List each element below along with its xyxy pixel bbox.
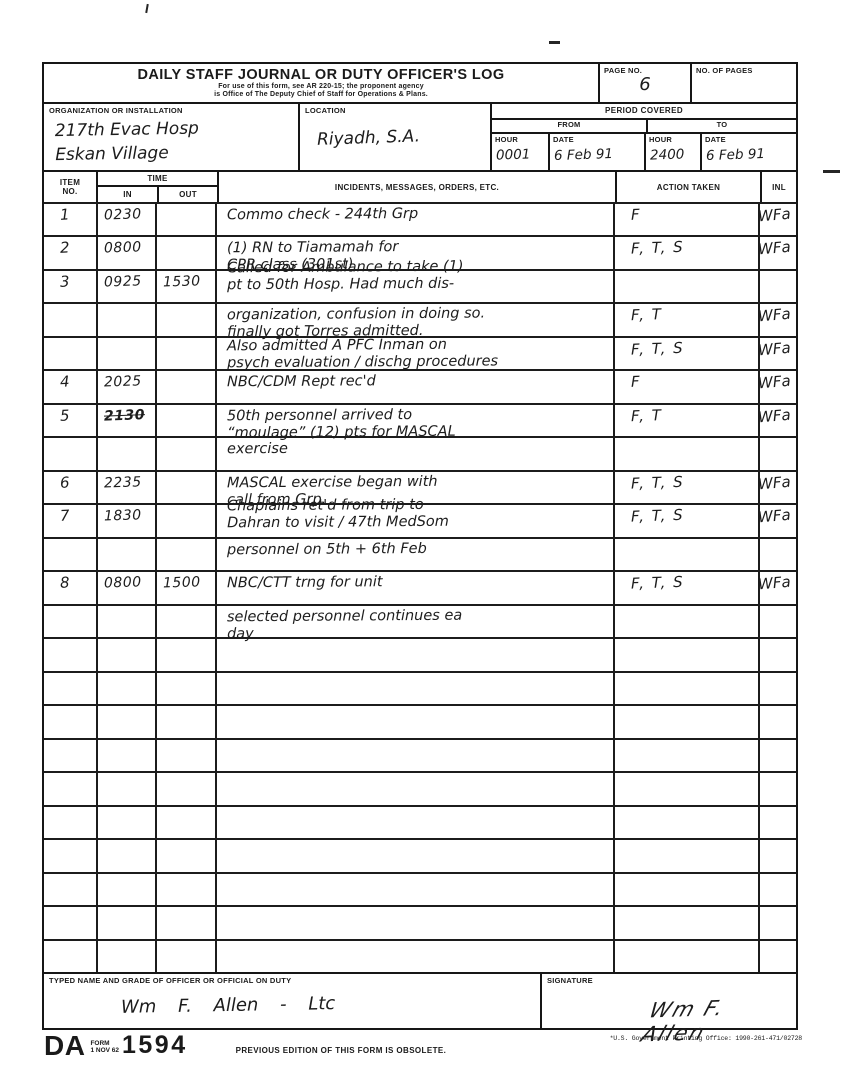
time-out-cell [155, 539, 215, 570]
typed-name-value: Wm F. Allen - Ltc [121, 993, 336, 1018]
action-taken-cell [613, 706, 758, 737]
initials-cell: WFa [758, 505, 796, 536]
log-row-1: 10230Commo check - 244th GrpFWFa [44, 202, 796, 235]
handwritten-incident-text: Also admitted A PFC Inman on psych evalu… [217, 336, 613, 372]
title-band: DAILY STAFF JOURNAL OR DUTY OFFICER'S LO… [44, 64, 796, 102]
to-hour-label: HOUR [649, 135, 697, 144]
incident-text-cell: exercise [215, 438, 613, 469]
item-no-cell [44, 706, 96, 737]
from-date-label: DATE [553, 135, 641, 144]
printing-office-note: *U.S. Government Printing Office: 1990-2… [610, 1035, 802, 1042]
initials-cell [758, 807, 796, 838]
incident-text-cell [215, 773, 613, 804]
log-row-13: selected personnel continues ea day [44, 604, 796, 637]
handwritten-time-in: 0800 [98, 575, 142, 593]
initials-cell [758, 840, 796, 871]
action-taken-cell [613, 773, 758, 804]
time-in-cell [96, 907, 155, 938]
action-taken-cell [613, 807, 758, 838]
log-row-6: 42025NBC/CDM Rept rec'dFWFa [44, 369, 796, 402]
time-out-cell [155, 438, 215, 469]
time-out-cell [155, 371, 215, 402]
time-in-cell [96, 941, 155, 972]
item-header-line2: NO. [62, 187, 77, 196]
incident-text-cell: selected personnel continues ea day [215, 606, 613, 637]
initials-cell [758, 874, 796, 905]
initials-cell: WFa [758, 204, 796, 235]
log-row-8: exercise [44, 436, 796, 469]
to-hour-value: 2400 [650, 146, 685, 163]
initials-cell [758, 606, 796, 637]
initials-cell [758, 773, 796, 804]
handwritten-time-in: 1830 [98, 508, 142, 526]
action-taken-cell: F, T, S [613, 237, 758, 268]
handwritten-incident-text: personnel on 5th + 6th Feb [217, 539, 613, 558]
location-box: LOCATION Riyadh, S.A. [298, 104, 490, 170]
location-value: Riyadh, S.A. [317, 124, 486, 150]
time-in-cell [96, 706, 155, 737]
form-edition: FORM 1 NOV 62 [90, 1040, 119, 1054]
handwritten-initials: WFa [757, 238, 791, 259]
time-in-cell: 0925 [96, 271, 155, 302]
handwritten-item-no: 1 [44, 205, 70, 224]
time-out-cell [155, 740, 215, 771]
initials-cell: WFa [758, 572, 796, 603]
time-in-cell: 1830 [96, 505, 155, 536]
log-row-7: 5213050th personnel arrived to “moulage”… [44, 403, 796, 436]
action-taken-cell [613, 639, 758, 670]
period-to-label: TO [646, 120, 796, 132]
time-out-cell [155, 405, 215, 436]
initials-cell [758, 438, 796, 469]
action-taken-cell: F, T, S [613, 472, 758, 503]
action-taken-cell: F, T [613, 304, 758, 335]
initials-cell [758, 639, 796, 670]
handwritten-time-in: 2235 [98, 474, 142, 492]
handwritten-action-taken: F, T, S [615, 573, 685, 593]
time-in-cell: 0800 [96, 237, 155, 268]
time-in-cell [96, 740, 155, 771]
da-form-1594: DAILY STAFF JOURNAL OR DUTY OFFICER'S LO… [42, 62, 798, 1030]
handwritten-item-no: 8 [44, 574, 70, 593]
handwritten-action-taken: F, T, S [615, 339, 685, 359]
log-row-3: 309251530Called for Ambulance to take (1… [44, 269, 796, 302]
time-out-cell [155, 907, 215, 938]
initials-cell [758, 271, 796, 302]
handwritten-action-taken: F, T [615, 406, 663, 426]
item-no-cell: 7 [44, 505, 96, 536]
time-out-cell [155, 807, 215, 838]
item-no-cell [44, 338, 96, 369]
time-out-header: OUT [157, 187, 217, 202]
from-date-box: DATE 6 Feb 91 [548, 134, 644, 170]
to-date-value: 6 Feb 91 [706, 146, 766, 164]
action-taken-cell [613, 874, 758, 905]
log-row-17 [44, 738, 796, 771]
initials-cell: WFa [758, 405, 796, 436]
incident-text-cell [215, 874, 613, 905]
handwritten-incident-text: selected personnel continues ea day [217, 606, 613, 642]
time-in-header: IN [98, 187, 157, 202]
item-no-cell [44, 941, 96, 972]
initials-cell: WFa [758, 304, 796, 335]
item-no-cell [44, 304, 96, 335]
period-covered-box: PERIOD COVERED FROM TO HOUR 0001 DATE 6 … [490, 104, 796, 170]
time-in-cell: 2130 [96, 405, 155, 436]
time-in-cell [96, 539, 155, 570]
inl-header: INL [760, 172, 796, 202]
time-in-cell [96, 807, 155, 838]
incident-text-cell [215, 807, 613, 838]
item-no-cell [44, 807, 96, 838]
time-in-cell: 2235 [96, 472, 155, 503]
time-in-cell: 2025 [96, 371, 155, 402]
handwritten-incident-text: Called for Ambulance to take (1) pt to 5… [217, 258, 613, 294]
typed-name-label: TYPED NAME AND GRADE OF OFFICER OR OFFIC… [49, 976, 535, 985]
incident-text-cell [215, 740, 613, 771]
handwritten-time-out: 1500 [157, 575, 201, 593]
action-taken-cell [613, 271, 758, 302]
handwritten-action-taken: F [615, 373, 642, 392]
handwritten-incident-text: exercise [217, 439, 613, 458]
scan-artifact [823, 170, 840, 173]
no-of-pages-label: NO. OF PAGES [696, 66, 792, 75]
organization-label: ORGANIZATION OR INSTALLATION [49, 106, 293, 115]
action-taken-cell [613, 740, 758, 771]
initials-cell [758, 907, 796, 938]
handwritten-incident-text: 50th personnel arrived to “moulage” (12)… [217, 406, 613, 442]
item-header-line1: ITEM [60, 178, 80, 187]
form-title-block: DAILY STAFF JOURNAL OR DUTY OFFICER'S LO… [44, 64, 598, 102]
handwritten-initials: WFa [757, 339, 791, 360]
handwritten-initials: WFa [757, 372, 791, 393]
log-row-22 [44, 905, 796, 938]
handwritten-incident-text: Chaplains ret'd from trip to Dahran to v… [217, 496, 613, 532]
handwritten-item-no: 7 [44, 507, 70, 526]
time-in-cell: 0800 [96, 572, 155, 603]
handwritten-incident-text: Commo check - 244th Grp [217, 205, 613, 224]
log-row-15 [44, 671, 796, 704]
form-date: 1 NOV 62 [90, 1047, 119, 1054]
handwritten-action-taken: F, T [615, 306, 663, 326]
incident-text-cell: Chaplains ret'd from trip to Dahran to v… [215, 505, 613, 536]
item-no-cell [44, 773, 96, 804]
item-no-cell [44, 840, 96, 871]
to-date-label: DATE [705, 135, 793, 144]
organization-line1: 217th Evac Hosp [55, 119, 199, 142]
log-row-10: 71830Chaplains ret'd from trip to Dahran… [44, 503, 796, 536]
action-taken-cell [613, 907, 758, 938]
incident-text-cell: Also admitted A PFC Inman on psych evalu… [215, 338, 613, 369]
initials-cell: WFa [758, 472, 796, 503]
item-no-cell [44, 639, 96, 670]
time-in-cell [96, 773, 155, 804]
item-no-cell: 5 [44, 405, 96, 436]
log-row-14 [44, 637, 796, 670]
to-date-box: DATE 6 Feb 91 [700, 134, 796, 170]
initials-cell [758, 673, 796, 704]
time-in-cell: 0230 [96, 204, 155, 235]
time-in-cell [96, 304, 155, 335]
handwritten-time-in: 2025 [98, 374, 142, 392]
item-no-cell: 2 [44, 237, 96, 268]
time-out-cell [155, 472, 215, 503]
initials-cell: WFa [758, 338, 796, 369]
time-out-cell: 1530 [155, 271, 215, 302]
action-taken-cell [613, 941, 758, 972]
action-taken-cell [613, 673, 758, 704]
item-no-cell: 3 [44, 271, 96, 302]
handwritten-initials: WFa [757, 406, 791, 427]
item-no-cell [44, 740, 96, 771]
log-row-23 [44, 939, 796, 972]
signature-box: SIGNATURE Wm F. Allen [540, 974, 796, 1028]
incident-text-cell [215, 907, 613, 938]
typed-name-box: TYPED NAME AND GRADE OF OFFICER OR OFFIC… [44, 974, 540, 1028]
form-footer: DA FORM 1 NOV 62 1594 PREVIOUS EDITION O… [44, 1033, 806, 1073]
period-values-row: HOUR 0001 DATE 6 Feb 91 HOUR 2400 DATE 6… [492, 132, 796, 170]
action-taken-cell [613, 606, 758, 637]
page-no-box: PAGE NO. 6 [598, 64, 690, 102]
item-no-cell: 1 [44, 204, 96, 235]
obsolete-note: PREVIOUS EDITION OF THIS FORM IS OBSOLET… [236, 1046, 447, 1055]
handwritten-item-no: 5 [44, 406, 70, 425]
time-in-cell [96, 438, 155, 469]
handwritten-action-taken: F, T, S [615, 473, 685, 493]
item-no-cell [44, 438, 96, 469]
form-number: 1594 [122, 1033, 188, 1057]
period-from-label: FROM [492, 120, 646, 132]
item-no-cell [44, 539, 96, 570]
handwritten-item-no: 3 [44, 272, 70, 291]
signature-label: SIGNATURE [547, 976, 791, 985]
log-row-5: Also admitted A PFC Inman on psych evalu… [44, 336, 796, 369]
time-out-cell [155, 304, 215, 335]
initials-cell [758, 941, 796, 972]
time-out-cell [155, 941, 215, 972]
organization-value: 217th Evac HospEskan Village [55, 115, 294, 167]
time-out-cell [155, 505, 215, 536]
time-in-cell [96, 606, 155, 637]
handwritten-action-taken: F, T, S [615, 506, 685, 526]
time-out-cell [155, 673, 215, 704]
time-header-label: TIME [98, 172, 217, 187]
log-row-18 [44, 771, 796, 804]
form-subtitle-line2: is Office of The Deputy Chief of Staff f… [44, 91, 598, 99]
time-in-cell [96, 840, 155, 871]
incident-text-cell [215, 673, 613, 704]
time-in-cell [96, 673, 155, 704]
time-out-cell: 1500 [155, 572, 215, 603]
organization-line2: Eskan Village [55, 143, 169, 165]
item-no-header: ITEM NO. [44, 172, 96, 202]
action-taken-cell: F, T, S [613, 572, 758, 603]
incident-text-cell: Called for Ambulance to take (1) pt to 5… [215, 271, 613, 302]
time-out-cell [155, 639, 215, 670]
time-out-cell [155, 237, 215, 268]
page-no-value: 6 [604, 74, 686, 95]
incident-text-cell [215, 639, 613, 670]
handwritten-item-no: 2 [44, 239, 70, 258]
form-subtitle-line1: For use of this form, see AR 220-15; the… [44, 83, 598, 91]
action-taken-cell: F, T, S [613, 338, 758, 369]
item-no-cell [44, 606, 96, 637]
action-taken-header: ACTION TAKEN [615, 172, 760, 202]
handwritten-action-taken: F [615, 206, 642, 225]
handwritten-initials: WFa [757, 573, 791, 594]
action-taken-cell: F [613, 371, 758, 402]
initials-cell: WFa [758, 237, 796, 268]
log-row-4: organization, confusion in doing so. fin… [44, 302, 796, 335]
scanned-document-page: DAILY STAFF JOURNAL OR DUTY OFFICER'S LO… [0, 0, 850, 1087]
handwritten-initials: WFa [757, 205, 791, 226]
handwritten-time-in: 0925 [98, 273, 142, 291]
from-date-value: 6 Feb 91 [554, 146, 614, 164]
item-no-cell [44, 673, 96, 704]
time-subheaders: IN OUT [98, 187, 217, 202]
item-no-cell: 4 [44, 371, 96, 402]
signoff-band: TYPED NAME AND GRADE OF OFFICER OR OFFIC… [44, 972, 796, 1028]
incident-text-cell: organization, confusion in doing so. fin… [215, 304, 613, 335]
from-hour-box: HOUR 0001 [492, 134, 548, 170]
action-taken-cell: F, T [613, 405, 758, 436]
action-taken-cell: F, T, S [613, 505, 758, 536]
item-no-cell: 6 [44, 472, 96, 503]
action-taken-cell [613, 438, 758, 469]
log-row-19 [44, 805, 796, 838]
item-no-cell [44, 874, 96, 905]
scan-artifact [145, 4, 149, 13]
from-hour-label: HOUR [495, 135, 545, 144]
incident-text-cell: NBC/CTT trng for unit [215, 572, 613, 603]
handwritten-time-in: 0230 [98, 206, 142, 224]
log-row-11: personnel on 5th + 6th Feb [44, 537, 796, 570]
time-out-cell [155, 840, 215, 871]
log-table-header: ITEM NO. TIME IN OUT INCIDENTS, MESSAGES… [44, 170, 796, 202]
incident-text-cell: 50th personnel arrived to “moulage” (12)… [215, 405, 613, 436]
time-out-cell [155, 338, 215, 369]
time-out-cell [155, 874, 215, 905]
time-out-cell [155, 706, 215, 737]
handwritten-initials: WFa [757, 472, 791, 493]
action-taken-cell: F [613, 204, 758, 235]
initials-cell [758, 539, 796, 570]
time-in-cell [96, 874, 155, 905]
location-label: LOCATION [305, 106, 485, 115]
log-row-16 [44, 704, 796, 737]
incident-text-cell [215, 706, 613, 737]
item-no-cell: 8 [44, 572, 96, 603]
action-taken-cell [613, 539, 758, 570]
log-table-body: 10230Commo check - 244th GrpFWFa20800(1)… [44, 202, 796, 972]
initials-cell: WFa [758, 371, 796, 402]
time-out-cell [155, 204, 215, 235]
to-hour-box: HOUR 2400 [644, 134, 700, 170]
initials-cell [758, 740, 796, 771]
scan-artifact [549, 41, 560, 44]
handwritten-initials: WFa [757, 305, 791, 326]
initials-cell [758, 706, 796, 737]
time-in-cell [96, 639, 155, 670]
handwritten-incident-text: NBC/CDM Rept rec'd [217, 372, 613, 391]
log-row-21 [44, 872, 796, 905]
da-mark: DA [44, 1033, 85, 1058]
info-band: ORGANIZATION OR INSTALLATION 217th Evac … [44, 102, 796, 170]
handwritten-item-no: 6 [44, 473, 70, 492]
time-out-cell [155, 606, 215, 637]
handwritten-action-taken: F, T, S [615, 238, 685, 258]
no-of-pages-box: NO. OF PAGES [690, 64, 796, 102]
incident-text-cell: personnel on 5th + 6th Feb [215, 539, 613, 570]
period-fromto-row: FROM TO [492, 118, 796, 132]
item-no-cell [44, 907, 96, 938]
handwritten-item-no: 4 [44, 373, 70, 392]
handwritten-time-out: 1530 [157, 273, 201, 291]
incident-text-cell [215, 840, 613, 871]
handwritten-incident-text: NBC/CTT trng for unit [217, 573, 613, 592]
log-row-20 [44, 838, 796, 871]
time-out-cell [155, 773, 215, 804]
from-hour-value: 0001 [496, 146, 531, 163]
handwritten-time-in: 0800 [98, 240, 142, 258]
incident-text-cell [215, 941, 613, 972]
action-taken-cell [613, 840, 758, 871]
form-label: FORM [90, 1040, 109, 1047]
handwritten-initials: WFa [757, 506, 791, 527]
form-title: DAILY STAFF JOURNAL OR DUTY OFFICER'S LO… [44, 68, 598, 83]
handwritten-time-in: 2130 [98, 407, 145, 425]
organization-box: ORGANIZATION OR INSTALLATION 217th Evac … [44, 104, 298, 170]
period-covered-label: PERIOD COVERED [492, 104, 796, 118]
log-row-12: 808001500NBC/CTT trng for unitF, T, SWFa [44, 570, 796, 603]
incident-text-cell: NBC/CDM Rept rec'd [215, 371, 613, 402]
incident-text-cell: Commo check - 244th Grp [215, 204, 613, 235]
time-header: TIME IN OUT [96, 172, 217, 202]
incidents-header: INCIDENTS, MESSAGES, ORDERS, ETC. [217, 172, 615, 202]
time-in-cell [96, 338, 155, 369]
